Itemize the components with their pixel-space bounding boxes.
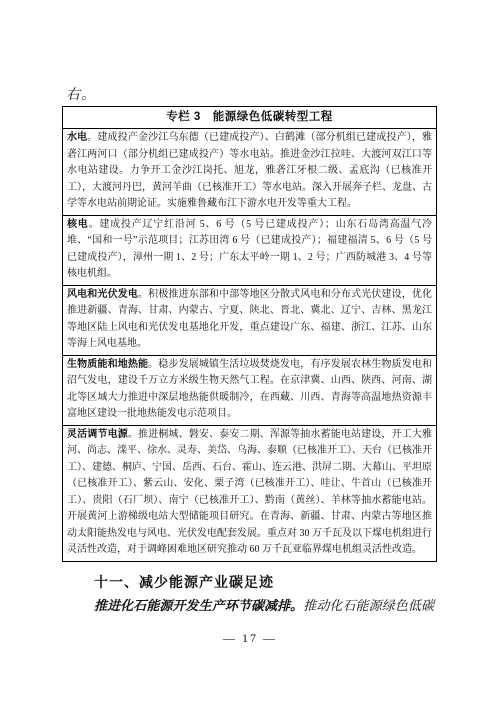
row-term: 核电 xyxy=(67,219,89,230)
column3-panel: 专栏 3 能源绿色低碳转型工程 水电。建成投产金沙江乌东德（已建成投产）、白鹤滩… xyxy=(62,106,437,562)
row-term: 灵活调节电源 xyxy=(67,429,128,440)
row-term: 生物质能和地热能 xyxy=(67,359,148,370)
table-row-wind-solar: 风电和光伏发电。积极推进东部和中部等地区分散式风电和分布式光伏建设，优化推进新疆… xyxy=(63,286,436,356)
body-paragraph: 推进化石能源开发生产环节碳减排。推动化石能源绿色低碳 xyxy=(94,597,434,614)
section-heading: 十一、减少能源产业碳足迹 xyxy=(94,572,274,592)
table-row-flexible-power: 灵活调节电源。推进桐城、磐安、泰安二期、浑源等抽水蓄能电站建设，开工大雅河、尚志… xyxy=(63,426,436,561)
paragraph-rest: 推动化石能源绿色低碳 xyxy=(303,598,434,613)
row-text: 。建成投产辽宁红沿河 5、6 号（5 号已建成投产）；山东石岛湾高温气冷堆、“国… xyxy=(67,219,432,280)
row-text: 。建成投产金沙江乌东德（已建成投产）、白鹤滩（部分机组已建成投产），雅砻江两河口… xyxy=(67,132,432,209)
page-number: — 17 — xyxy=(0,631,500,646)
previous-paragraph-tail: 右。 xyxy=(66,84,96,104)
row-term: 水电 xyxy=(67,132,87,143)
table-row-nuclear: 核电。建成投产辽宁红沿河 5、6 号（5 号已建成投产）；山东石岛湾高温气冷堆、… xyxy=(63,216,436,286)
row-text: 。推进桐城、磐安、泰安二期、浑源等抽水蓄能电站建设，开工大雅河、尚志、滦平、徐水… xyxy=(67,429,432,556)
panel-title: 专栏 3 能源绿色低碳转型工程 xyxy=(63,107,436,129)
table-row-biomass-geothermal: 生物质能和地热能。稳步发展城镇生活垃圾焚烧发电，有序发展农林生物质发电和沼气发电… xyxy=(63,356,436,426)
paragraph-lead: 推进化石能源开发生产环节碳减排。 xyxy=(94,598,303,613)
row-term: 风电和光伏发电 xyxy=(67,289,138,300)
table-row-hydropower: 水电。建成投产金沙江乌东德（已建成投产）、白鹤滩（部分机组已建成投产），雅砻江两… xyxy=(63,129,436,216)
